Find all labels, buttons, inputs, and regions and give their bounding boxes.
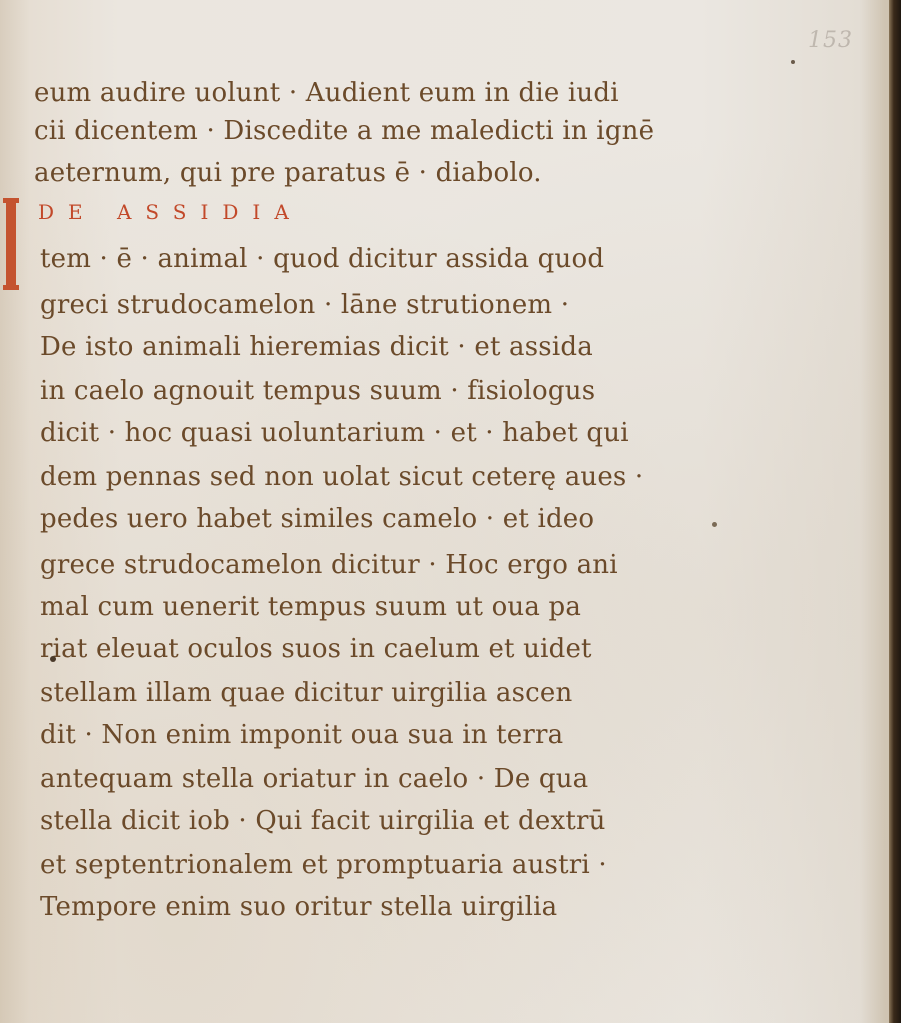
text-line-16: antequam stella oriatur in caelo · De qu…: [40, 766, 588, 792]
manuscript-page: 153 eum audire uolunt · Audient eum in d…: [0, 0, 891, 1023]
text-line-19: Tempore enim suo oritur stella uirgilia: [40, 894, 557, 920]
text-line-7: in caelo agnouit tempus suum · fisiologu…: [40, 378, 595, 404]
text-line-5: greci strudocamelon · lāne strutionem ·: [40, 292, 569, 318]
text-line-17: stella dicit iob · Qui facit uirgilia et…: [40, 808, 606, 834]
text-line-1: eum audire uolunt · Audient eum in die i…: [34, 80, 619, 106]
text-line-4: tem · ē · animal · quod dicitur assida q…: [40, 246, 604, 272]
text-line-12: mal cum uenerit tempus suum ut oua pa: [40, 594, 581, 620]
text-line-13: riat eleuat oculos suos in caelum et uid…: [40, 636, 592, 662]
text-line-6: De isto animali hieremias dicit · et ass…: [40, 334, 593, 360]
text-line-11: grece strudocamelon dicitur · Hoc ergo a…: [40, 552, 618, 578]
folio-number: 153: [808, 28, 853, 53]
text-line-14: stellam illam quae dicitur uirgilia asce…: [40, 680, 572, 706]
rubricated-initial-i: [6, 198, 16, 290]
ink-speck: [712, 522, 717, 527]
text-line-15: dit · Non enim imponit oua sua in terra: [40, 722, 563, 748]
text-line-8: dicit · hoc quasi uoluntarium · et · hab…: [40, 420, 629, 446]
text-line-10: pedes uero habet similes camelo · et ide…: [40, 506, 594, 532]
ink-speck: [791, 60, 795, 64]
text-line-9: dem pennas sed non uolat sicut ceterę au…: [40, 464, 643, 490]
page-edge-shadow: [889, 0, 901, 1023]
section-rubric-title: DE ASSIDIA: [38, 200, 303, 224]
text-line-3: aeternum, qui pre paratus ē · diabolo.: [34, 160, 542, 186]
text-line-2: cii dicentem · Discedite a me maledicti …: [34, 118, 654, 144]
ink-speck: [50, 656, 56, 662]
text-line-18: et septentrionalem et promptuaria austri…: [40, 852, 607, 878]
